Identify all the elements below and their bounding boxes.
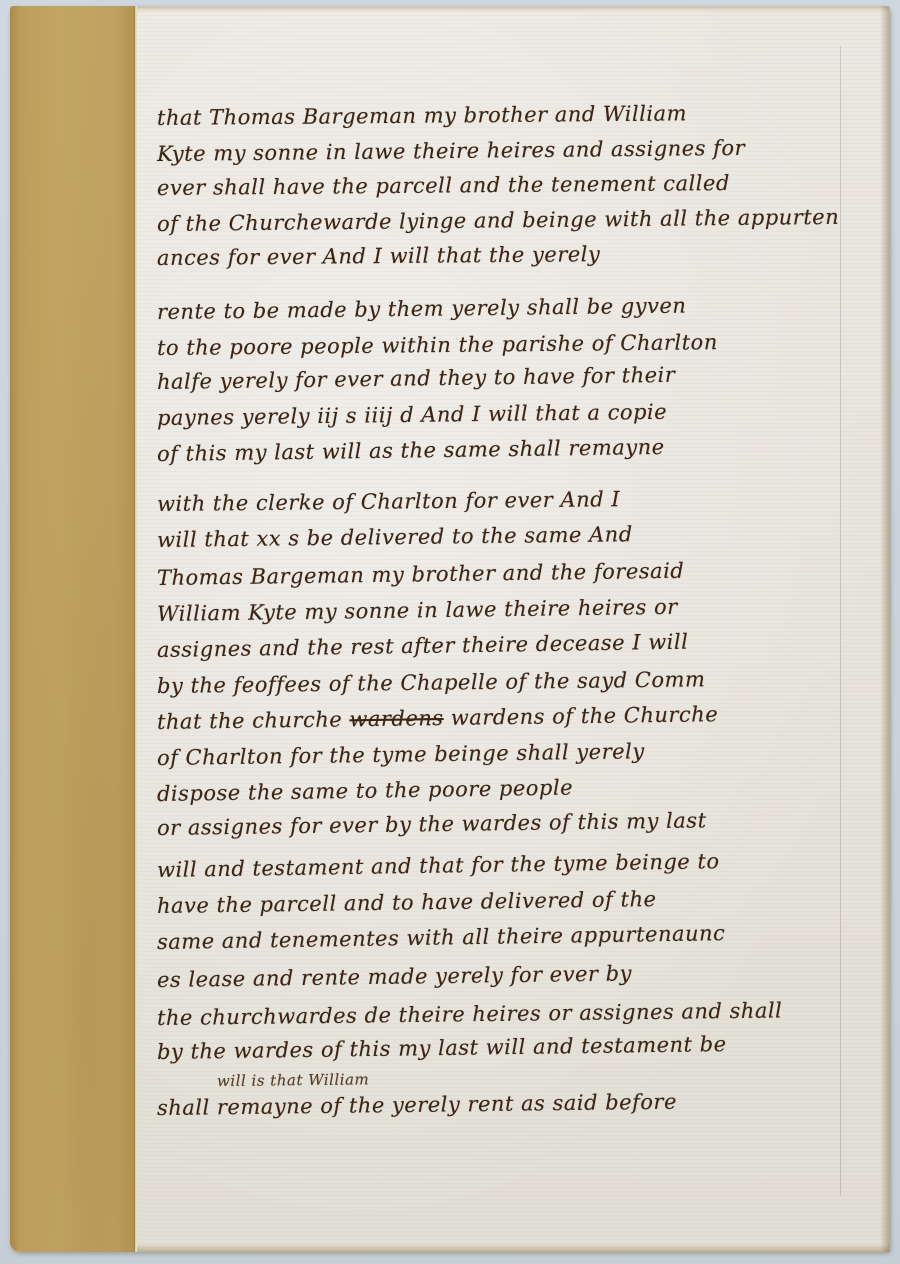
text-line: William Kyte my sonne in lawe theire hei…	[157, 595, 678, 626]
text-line: by the wardes of this my last will and t…	[157, 1032, 727, 1064]
text-line: the churchwardes de theire heires or ass…	[157, 998, 783, 1030]
text-line: Kyte my sonne in lawe theire heires and …	[157, 136, 745, 166]
text-line: paynes yerely iij s iiij d And I will th…	[157, 400, 667, 430]
text-line: that Thomas Bargeman my brother and Will…	[157, 101, 687, 130]
text-line: halfe yerely for ever and they to have f…	[157, 363, 676, 394]
text-line: same and tenementes with all theire appu…	[157, 921, 726, 954]
text-line: with the clerke of Charlton for ever And…	[157, 487, 620, 516]
text-line: or assignes for ever by the wardes of th…	[157, 808, 707, 840]
interlineation: will is that William	[217, 1070, 369, 1090]
text-line: of this my last will as the same shall r…	[157, 435, 665, 466]
text-line: will that xx s be delivered to the same …	[157, 522, 633, 552]
manuscript-sheet: that Thomas Bargeman my brother and Will…	[10, 6, 890, 1252]
text-line: es lease and rente made yerely for ever …	[157, 961, 632, 992]
paper-body: that Thomas Bargeman my brother and Will…	[137, 6, 890, 1252]
handwritten-text: that Thomas Bargeman my brother and Will…	[157, 6, 857, 1252]
text-line: that the churche wardens wardens of the …	[157, 702, 718, 734]
text-line: by the feoffees of the Chapelle of the s…	[157, 667, 706, 698]
text-line: assignes and the rest after theire decea…	[157, 630, 689, 662]
photo-background: that Thomas Bargeman my brother and Will…	[0, 0, 900, 1264]
text-line: to the poore people within the parishe o…	[157, 330, 718, 360]
text-line: shall remayne of the yerely rent as said…	[157, 1090, 677, 1120]
text-line: rente to be made by them yerely shall be…	[157, 294, 687, 324]
text-line: have the parcell and to have delivered o…	[157, 887, 657, 918]
binding-strip	[10, 6, 135, 1252]
text-line: of Charlton for the tyme beinge shall ye…	[157, 739, 645, 770]
struck-word: wardens	[349, 706, 444, 731]
right-edge-shadow	[880, 6, 890, 1252]
text-line: will and testament and that for the tyme…	[157, 849, 720, 882]
text-line: ever shall have the parcell and the tene…	[157, 171, 730, 200]
text-line: ances for ever And I will that the yerel…	[157, 242, 601, 270]
text-line: of the Churchewarde lyinge and beinge wi…	[157, 205, 839, 236]
text-line: dispose the same to the poore people	[157, 775, 573, 806]
text-line: Thomas Bargeman my brother and the fores…	[157, 559, 685, 590]
